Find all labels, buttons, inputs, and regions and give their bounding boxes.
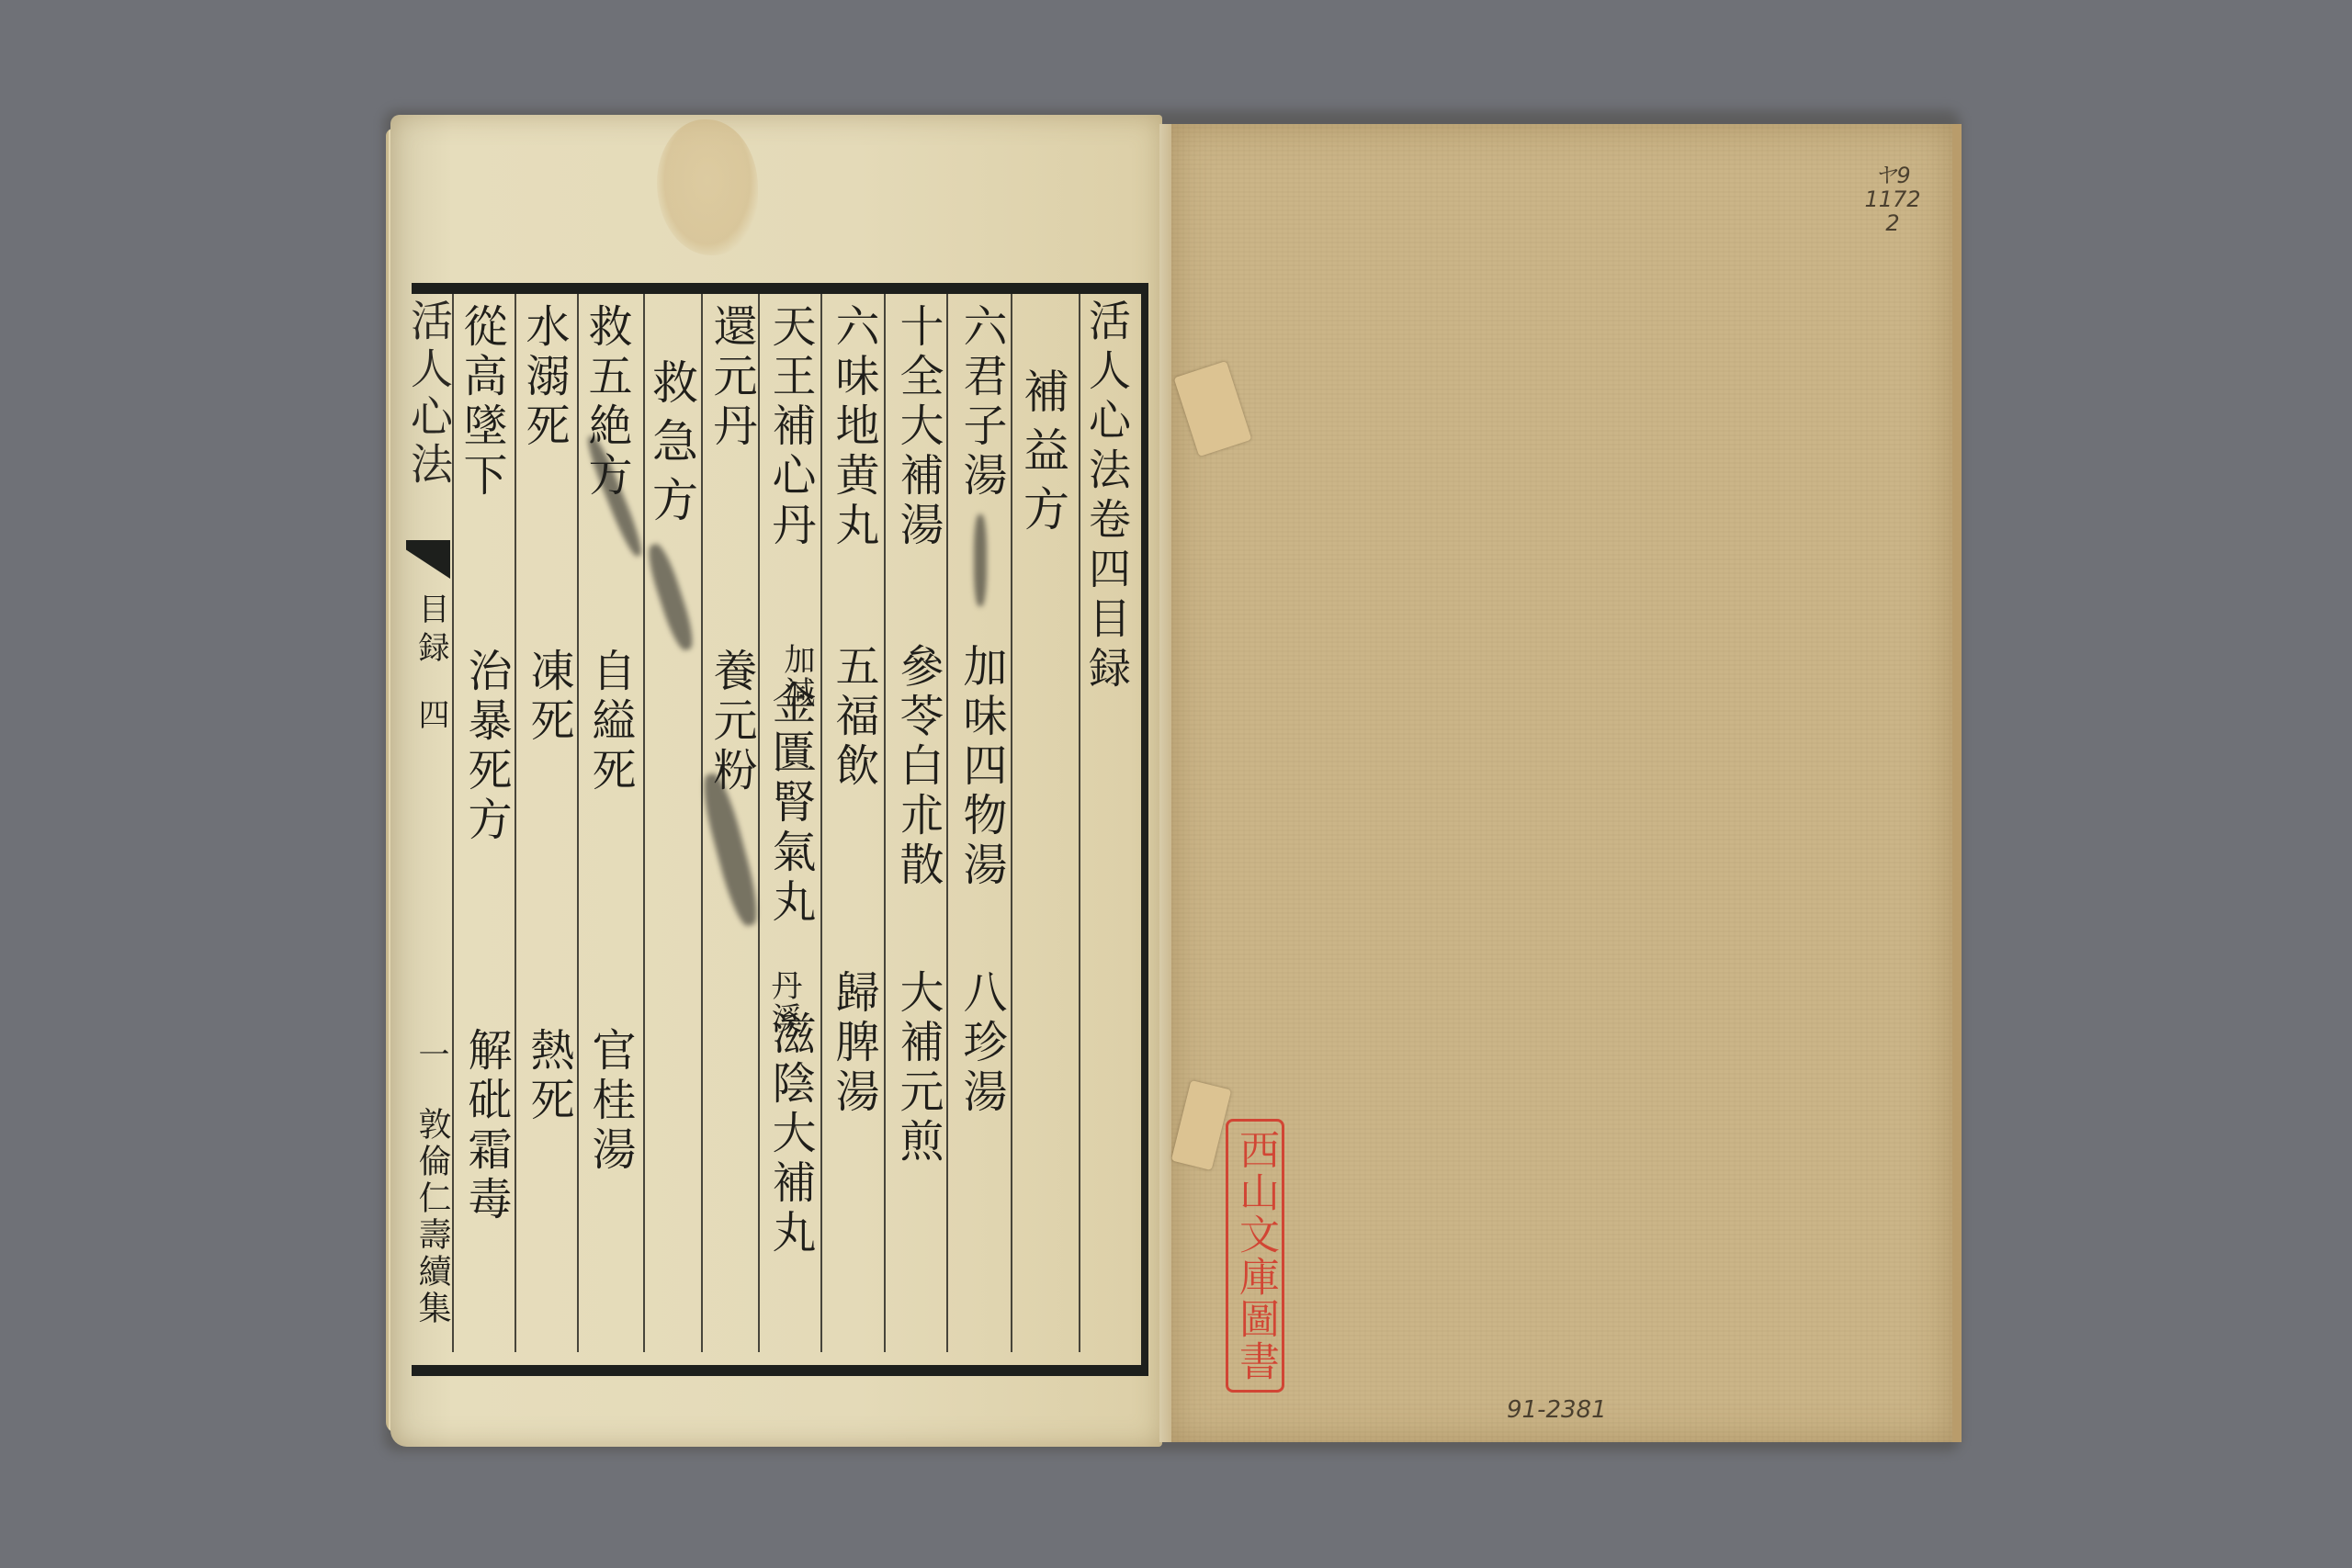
section-heading: 救急方	[649, 358, 695, 535]
entry: 六君子湯	[959, 303, 1003, 502]
margin-book-title: 活人心法	[408, 299, 450, 490]
entry: 八珍湯	[959, 969, 1003, 1118]
entry: 大補元煎	[896, 969, 940, 1168]
entry: 加味四物湯	[959, 643, 1003, 891]
volume-title: 活人心法卷四目録	[1086, 299, 1128, 695]
column-rule	[701, 294, 703, 1352]
entry: 從高墜下	[459, 303, 503, 502]
margin-section: 目録	[415, 592, 447, 670]
library-seal: 西山文庫圖書	[1226, 1119, 1284, 1393]
entry: 參苓白朮散	[896, 643, 940, 891]
entry: 解砒霜毒	[464, 1027, 508, 1225]
entry: 滋陰大補丸	[768, 1010, 812, 1258]
entry: 六味地黄丸	[831, 303, 876, 551]
entry: 熱死	[526, 1027, 571, 1126]
column-rule	[1079, 294, 1080, 1352]
column-rule	[1011, 294, 1012, 1352]
entry: 自縊死	[588, 648, 632, 796]
entry: 還元丹	[709, 303, 753, 452]
entry: 十全大補湯	[896, 303, 940, 551]
margin-volume: 四	[415, 698, 447, 735]
accession-number: 91-2381	[1507, 1396, 1607, 1424]
entry: 歸脾湯	[831, 969, 876, 1118]
entry: 金匱腎氣丸	[768, 680, 812, 928]
entry: 天王補心丹	[768, 303, 812, 551]
right-page	[1171, 124, 1962, 1442]
column-rule	[577, 294, 579, 1352]
entry: 水溺死	[522, 303, 566, 452]
column-rule	[884, 294, 886, 1352]
entry: 凍死	[526, 648, 571, 747]
entry: 治暴死方	[464, 648, 508, 846]
entry: 官桂湯	[588, 1027, 632, 1176]
entry: 五福飲	[831, 643, 876, 792]
column-rule	[820, 294, 822, 1352]
margin-publisher: 敦倫仁壽續集	[415, 1107, 448, 1327]
column-rule	[514, 294, 516, 1352]
ink-smudge	[974, 514, 987, 606]
column-rule	[758, 294, 760, 1352]
call-number: ヤ9 1172 2	[1860, 164, 1925, 235]
column-rule	[946, 294, 948, 1352]
margin-page-number: 一	[415, 1038, 447, 1075]
section-heading: 補益方	[1020, 367, 1066, 544]
